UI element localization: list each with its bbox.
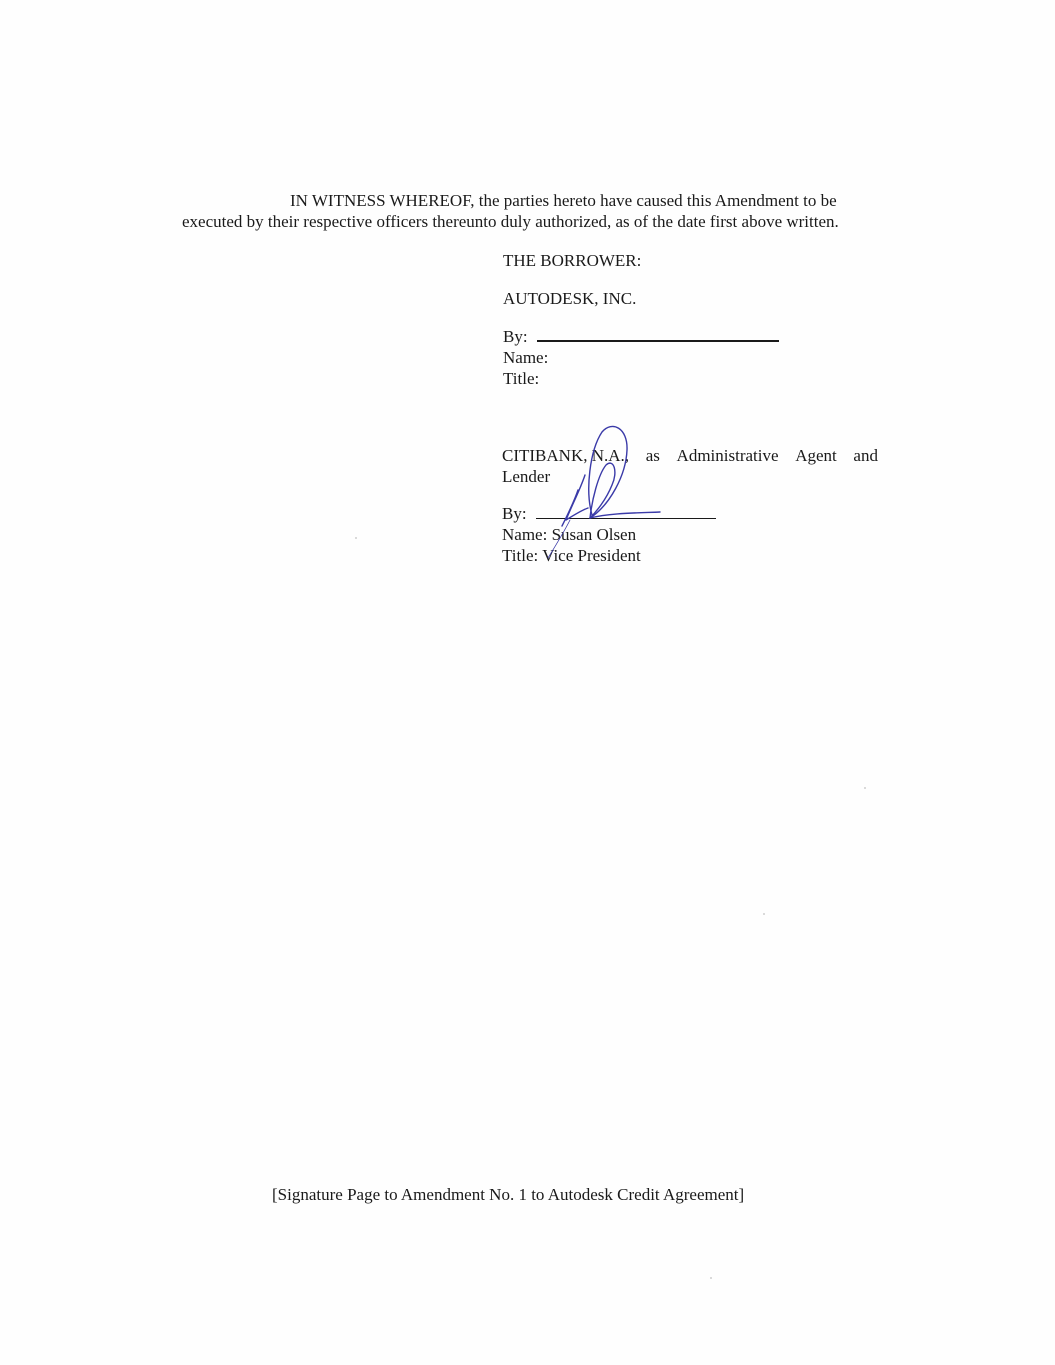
lender-name-label: Name: [502,525,547,544]
scan-speck [763,913,765,915]
lender-title-label: Title: [502,546,538,565]
lender-heading-line-1: CITIBANK, N.A.,asAdministrativeAgentand [502,445,878,466]
witness-line-1: IN WITNESS WHEREOF, the parties hereto h… [182,190,882,211]
borrower-name-row: Name: [503,347,548,368]
lender-title-value: Vice President [542,546,641,565]
borrower-by-label: By: [503,327,528,346]
scan-speck [355,537,357,539]
lender-heading-word: CITIBANK, N.A., [502,445,629,466]
lender-title-row: Title: Vice President [502,545,641,566]
scan-speck [864,787,866,789]
borrower-heading: THE BORROWER: [503,250,641,271]
borrower-title-label: Title: [503,369,539,388]
witness-line-2: executed by their respective officers th… [182,211,882,232]
lender-heading-word: Administrative [677,445,779,466]
lender-heading: CITIBANK, N.A.,asAdministrativeAgentand … [502,445,878,487]
lender-heading-line-2: Lender [502,466,878,487]
borrower-by-row: By: [503,326,779,347]
lender-by-row: By: [502,503,716,524]
lender-heading-word: Agent [795,445,837,466]
lender-heading-word: as [646,445,660,466]
borrower-name-label: Name: [503,348,548,367]
lender-heading-word: and [853,445,878,466]
document-page: IN WITNESS WHEREOF, the parties hereto h… [0,0,1055,1365]
witness-paragraph: IN WITNESS WHEREOF, the parties hereto h… [182,190,882,232]
page-footer: [Signature Page to Amendment No. 1 to Au… [272,1185,744,1205]
scan-speck [710,1277,712,1279]
lender-name-row: Name: Susan Olsen [502,524,636,545]
lender-by-label: By: [502,504,527,523]
lender-name-value: Susan Olsen [552,525,637,544]
lender-signature-line [536,518,716,519]
borrower-company: AUTODESK, INC. [503,288,636,309]
borrower-signature-line [537,340,779,342]
borrower-title-row: Title: [503,368,539,389]
